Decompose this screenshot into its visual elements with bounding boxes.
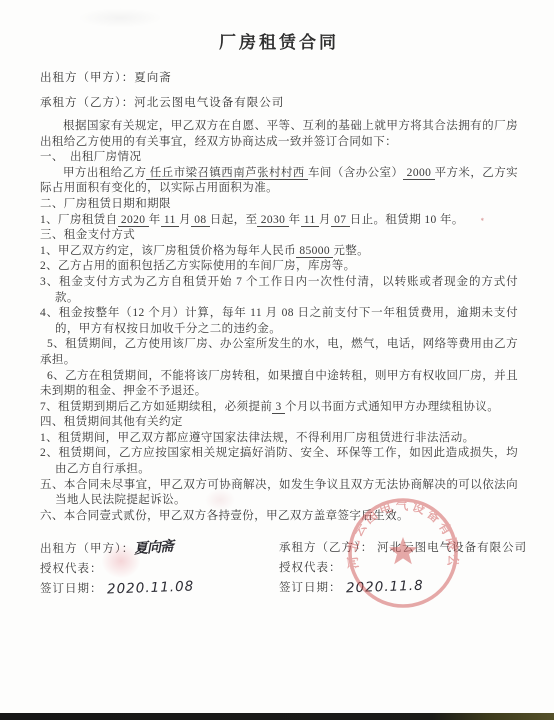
text-segment: 月 xyxy=(179,214,191,226)
lessee-date-label: 签订日期： xyxy=(279,582,342,594)
section-1-paragraph: 甲方出租给乙方 任丘市梁召镇西南芦张村村西 车间（含办公室） 2000 平方米，… xyxy=(40,166,518,197)
text-segment: 日起，至 xyxy=(210,214,258,226)
section-2-item-1: 1、厂房租赁自 2020 年 11 月 08 日起，至 2030 年 11 月 … xyxy=(40,213,518,229)
lessee-name: 河北云图电气设备有限公司 xyxy=(134,97,284,109)
contract-document: 厂房租赁合同 出租方（甲方）：夏向斋 承租方（乙方）：河北云图电气设备有限公司 … xyxy=(0,0,554,720)
filled-value-end-year: 2030 xyxy=(257,214,288,227)
section-6-clause: 六、本合同壹式贰份，甲乙双方各持壹份，甲乙双方盖章签字后生效。 xyxy=(40,509,518,525)
lessee-signature-column: 承租方（乙方）： 河北云图电气设备有限公司 授权代表： 签订日期：2020.11… xyxy=(277,541,518,602)
lessor-signature-line: 出租方（甲方）：夏向斋 xyxy=(40,541,277,558)
ink-smudge-faint xyxy=(200,485,240,515)
page-title: 厂房租赁合同 xyxy=(40,28,518,53)
lessee-signature-line: 承租方（乙方）： 河北云图电气设备有限公司 xyxy=(279,541,518,557)
section-3-item-6: 6、乙方在租赁期间，不能将该厂房转租，如果擅自中途转租，则甲方有权收回厂房，并且… xyxy=(40,369,518,400)
text-segment: 1、厂房租赁自 xyxy=(40,214,118,226)
filled-value-start-year: 2020 xyxy=(118,214,149,227)
section-3-item-7: 7、租赁期到期后乙方如延期续租，必须提前 3 个月以书面方式通知甲方办理续租协议… xyxy=(40,400,518,416)
contract-content: 厂房租赁合同 出租方（甲方）：夏向斋 承租方（乙方）：河北云图电气设备有限公司 … xyxy=(40,28,518,602)
filled-value-rent: 85000 xyxy=(296,245,333,258)
section-4-item-2: 2、租赁期间，乙方应按国家相关规定搞好消防、安全、环保等工作，如因此造成损失，均… xyxy=(40,446,518,477)
section-1-heading: 一、 出租厂房情况 xyxy=(40,150,518,166)
preamble: 根据国家有关规定，甲乙双方在自愿、平等、互利的基础上就甲方将其合法拥有的厂房出租… xyxy=(40,119,518,150)
section-3-item-2: 2、乙方占用的面积包括乙方实际使用的车间厂房，库房等。 xyxy=(40,259,518,275)
ink-smudge xyxy=(95,538,147,584)
text-segment: 日止。租赁期 10 年。 xyxy=(350,214,464,226)
text-segment: 个月以书面方式通知甲方办理续租协议。 xyxy=(285,401,499,413)
lessee-rep-line: 授权代表： xyxy=(279,561,518,577)
section-3-item-4: 4、租金按整年（12 个月）计算，每年 11 月 08 日之前支付下一年租赁费用… xyxy=(40,306,518,337)
text-segment: 1、甲乙双方约定，该厂房租赁价格为每年人民币 xyxy=(40,245,296,257)
section-2-heading: 二、厂房租赁日期和期限 xyxy=(40,197,518,213)
section-3-item-5: 5、租赁期间，乙方使用该厂房、办公室所发生的水，电，燃气，电话，网络等费用由乙方… xyxy=(40,337,518,368)
lessor-date-label: 签订日期： xyxy=(40,583,103,595)
filled-value-notice-months: 3 xyxy=(272,401,285,414)
lessor-date-line: 签订日期：2020.11.08 xyxy=(40,581,277,598)
section-4-item-1: 1、租赁期间，甲乙双方都应遵守国家法律法规，不得利用厂房租赁进行非法活动。 xyxy=(40,431,518,447)
lessee-line: 承租方（乙方）：河北云图电气设备有限公司 xyxy=(40,94,518,110)
text-segment: 元整。 xyxy=(333,245,369,257)
filled-value-end-day: 07 xyxy=(331,214,350,227)
text-segment: 年 xyxy=(149,214,161,226)
scan-edge-bar xyxy=(0,713,554,720)
lessee-handwritten-date: 2020.11.8 xyxy=(345,579,423,597)
text-segment: 月 xyxy=(319,214,331,226)
filled-value-area: 2000 xyxy=(403,167,434,180)
lessee-company-name: 河北云图电气设备有限公司 xyxy=(377,542,527,554)
lessor-label: 出租方（甲方）： xyxy=(40,72,134,84)
section-3-item-3: 3、租金支付方式为乙方自租赁开始 7 个工作日内一次性付清，以转账或者现金的方式… xyxy=(40,275,518,306)
text-segment: 甲方出租给乙方 xyxy=(63,167,146,179)
lessee-date-line: 签订日期：2020.11.8 xyxy=(279,580,518,597)
filled-value-end-month: 11 xyxy=(301,214,319,227)
lessor-name: 夏向斋 xyxy=(134,72,172,84)
text-segment: 车间（含办公室） xyxy=(308,167,403,179)
lessor-line: 出租方（甲方）：夏向斋 xyxy=(40,69,518,85)
lessor-rep-line: 授权代表： xyxy=(40,562,277,578)
text-segment: 年 xyxy=(289,214,301,226)
section-4-heading: 四、租赁期间其他有关约定 xyxy=(40,415,518,431)
lessee-label: 承租方（乙方）： xyxy=(40,97,134,109)
red-pen-mark: ﹡ xyxy=(478,215,489,225)
filled-value-start-day: 08 xyxy=(191,214,210,227)
section-3-item-1: 1、甲乙双方约定，该厂房租赁价格为每年人民币 85000 元整。 xyxy=(40,244,518,260)
section-3-heading: 三、租金支付方式 xyxy=(40,228,518,244)
text-segment: 7、租赁期到期后乙方如延期续租，必须提前 xyxy=(40,401,272,413)
section-5-clause: 五、本合同未尽事宜，甲乙双方可协商解决，如发生争议且双方无法协商解决的可以依法向… xyxy=(40,478,518,509)
filled-value-address: 任丘市梁召镇西南芦张村村西 xyxy=(146,167,308,180)
lessor-signature-column: 出租方（甲方）：夏向斋 授权代表： 签订日期：2020.11.08 xyxy=(40,541,277,602)
filled-value-start-month: 11 xyxy=(161,214,179,227)
lessee-party-label: 承租方（乙方）： xyxy=(279,542,373,554)
